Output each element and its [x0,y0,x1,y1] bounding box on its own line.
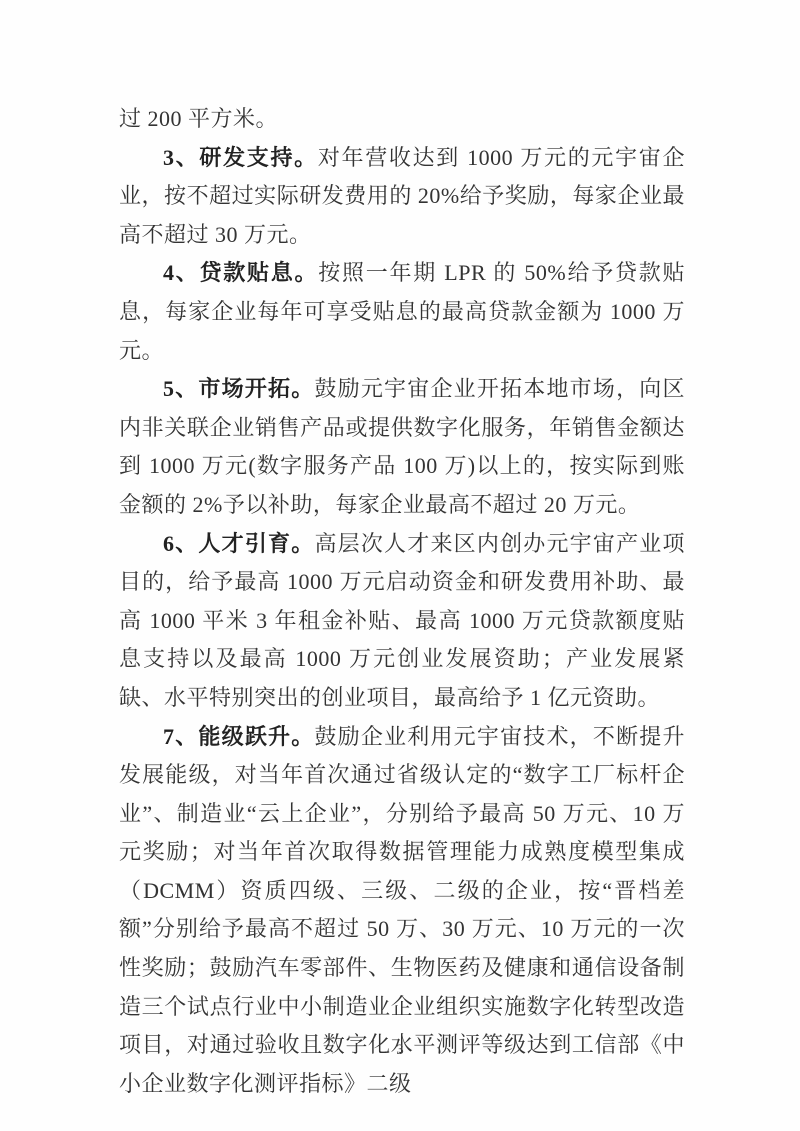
document-body: 过 200 平方米。 3、研发支持。对年营收达到 1000 万元的元宇宙企业，按… [119,100,685,1103]
paragraph: 3、研发支持。对年营收达到 1000 万元的元宇宙企业，按不超过实际研发费用的 … [119,139,685,255]
paragraph: 4、贷款贴息。按照一年期 LPR 的 50%给予贷款贴息，每家企业每年可享受贴息… [119,254,685,370]
paragraph-lead: 6、人才引育。 [163,531,314,556]
paragraph: 6、人才引育。高层次人才来区内创办元宇宙产业项目的，给予最高 1000 万元启动… [119,525,685,718]
paragraph: 5、市场开拓。鼓励元宇宙企业开拓本地市场，向区内非关联企业销售产品或提供数字化服… [119,370,685,524]
paragraph-lead: 5、市场开拓。 [163,376,314,401]
paragraph-text: 高层次人才来区内创办元宇宙产业项目的，给予最高 1000 万元启动资金和研发费用… [119,531,685,710]
paragraph-lead: 3、研发支持。 [163,145,318,170]
paragraph-lead: 4、贷款贴息。 [163,260,318,285]
paragraph-text: 鼓励企业利用元宇宙技术，不断提升发展能级，对当年首次通过省级认定的“数字工厂标杆… [119,724,685,1096]
paragraph: 过 200 平方米。 [119,100,685,139]
paragraph-lead: 7、能级跃升。 [163,724,314,749]
document-page: 过 200 平方米。 3、研发支持。对年营收达到 1000 万元的元宇宙企业，按… [0,0,800,1131]
page-number: 3 [0,1042,800,1059]
paragraph-text: 过 200 平方米。 [119,106,278,131]
